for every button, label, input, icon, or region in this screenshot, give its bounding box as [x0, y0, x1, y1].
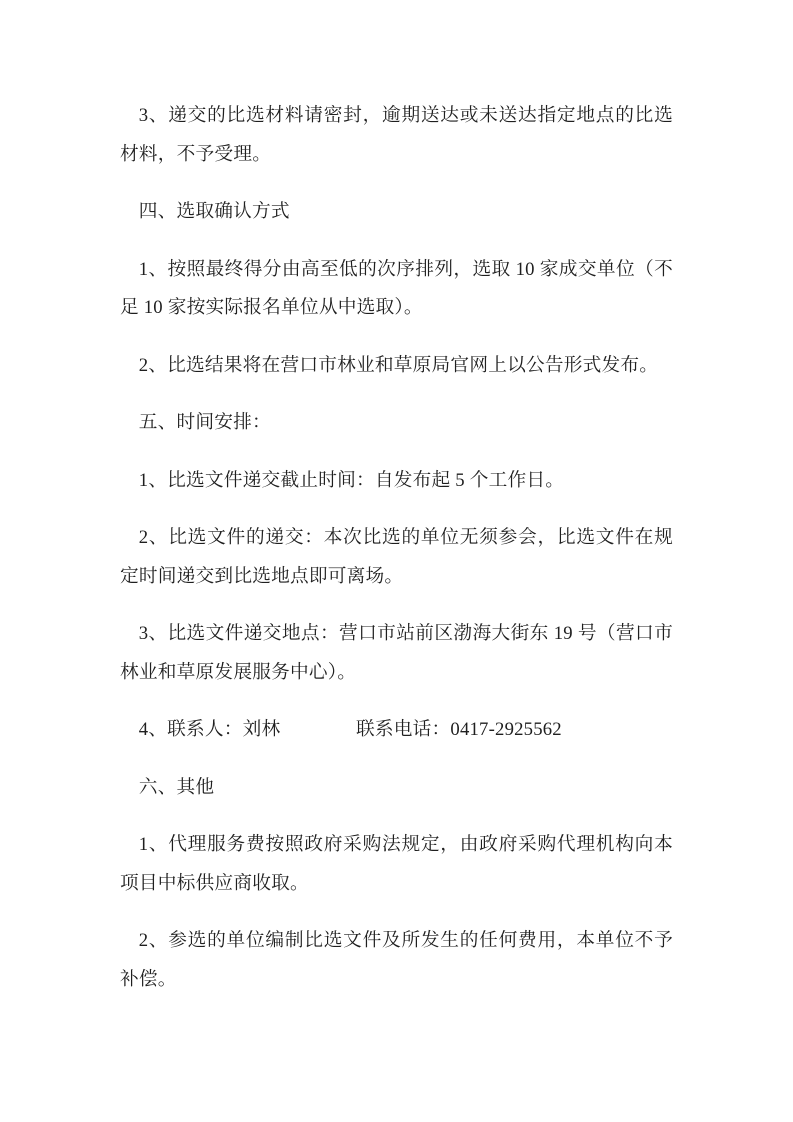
- paragraph: 1、按照最终得分由高至低的次序排列，选取 10 家成交单位（不足 10 家按实际…: [120, 251, 673, 328]
- paragraph: 3、递交的比选材料请密封，逾期送达或未送达指定地点的比选材料，不予受理。: [120, 97, 673, 174]
- paragraph: 3、比选文件递交地点：营口市站前区渤海大街东 19 号（营口市林业和草原发展服务…: [120, 615, 673, 692]
- paragraph: 1、比选文件递交截止时间：自发布起 5 个工作日。: [120, 462, 673, 501]
- paragraph: 1、代理服务费按照政府采购法规定，由政府采购代理机构向本项目中标供应商收取。: [120, 826, 673, 903]
- paragraph: 4、联系人：刘林 联系电话：0417-2925562: [120, 711, 673, 750]
- paragraph: 2、比选结果将在营口市林业和草原局官网上以公告形式发布。: [120, 347, 673, 386]
- document-content: 3、递交的比选材料请密封，逾期送达或未送达指定地点的比选材料，不予受理。四、选取…: [120, 97, 673, 999]
- section-heading: 五、时间安排：: [120, 404, 673, 443]
- section-heading: 六、其他: [120, 769, 673, 808]
- paragraph: 2、参选的单位编制比选文件及所发生的任何费用，本单位不予补偿。: [120, 922, 673, 999]
- section-heading: 四、选取确认方式: [120, 193, 673, 232]
- document-page: 3、递交的比选材料请密封，逾期送达或未送达指定地点的比选材料，不予受理。四、选取…: [0, 0, 793, 1122]
- paragraph: 2、比选文件的递交：本次比选的单位无须参会，比选文件在规定时间递交到比选地点即可…: [120, 519, 673, 596]
